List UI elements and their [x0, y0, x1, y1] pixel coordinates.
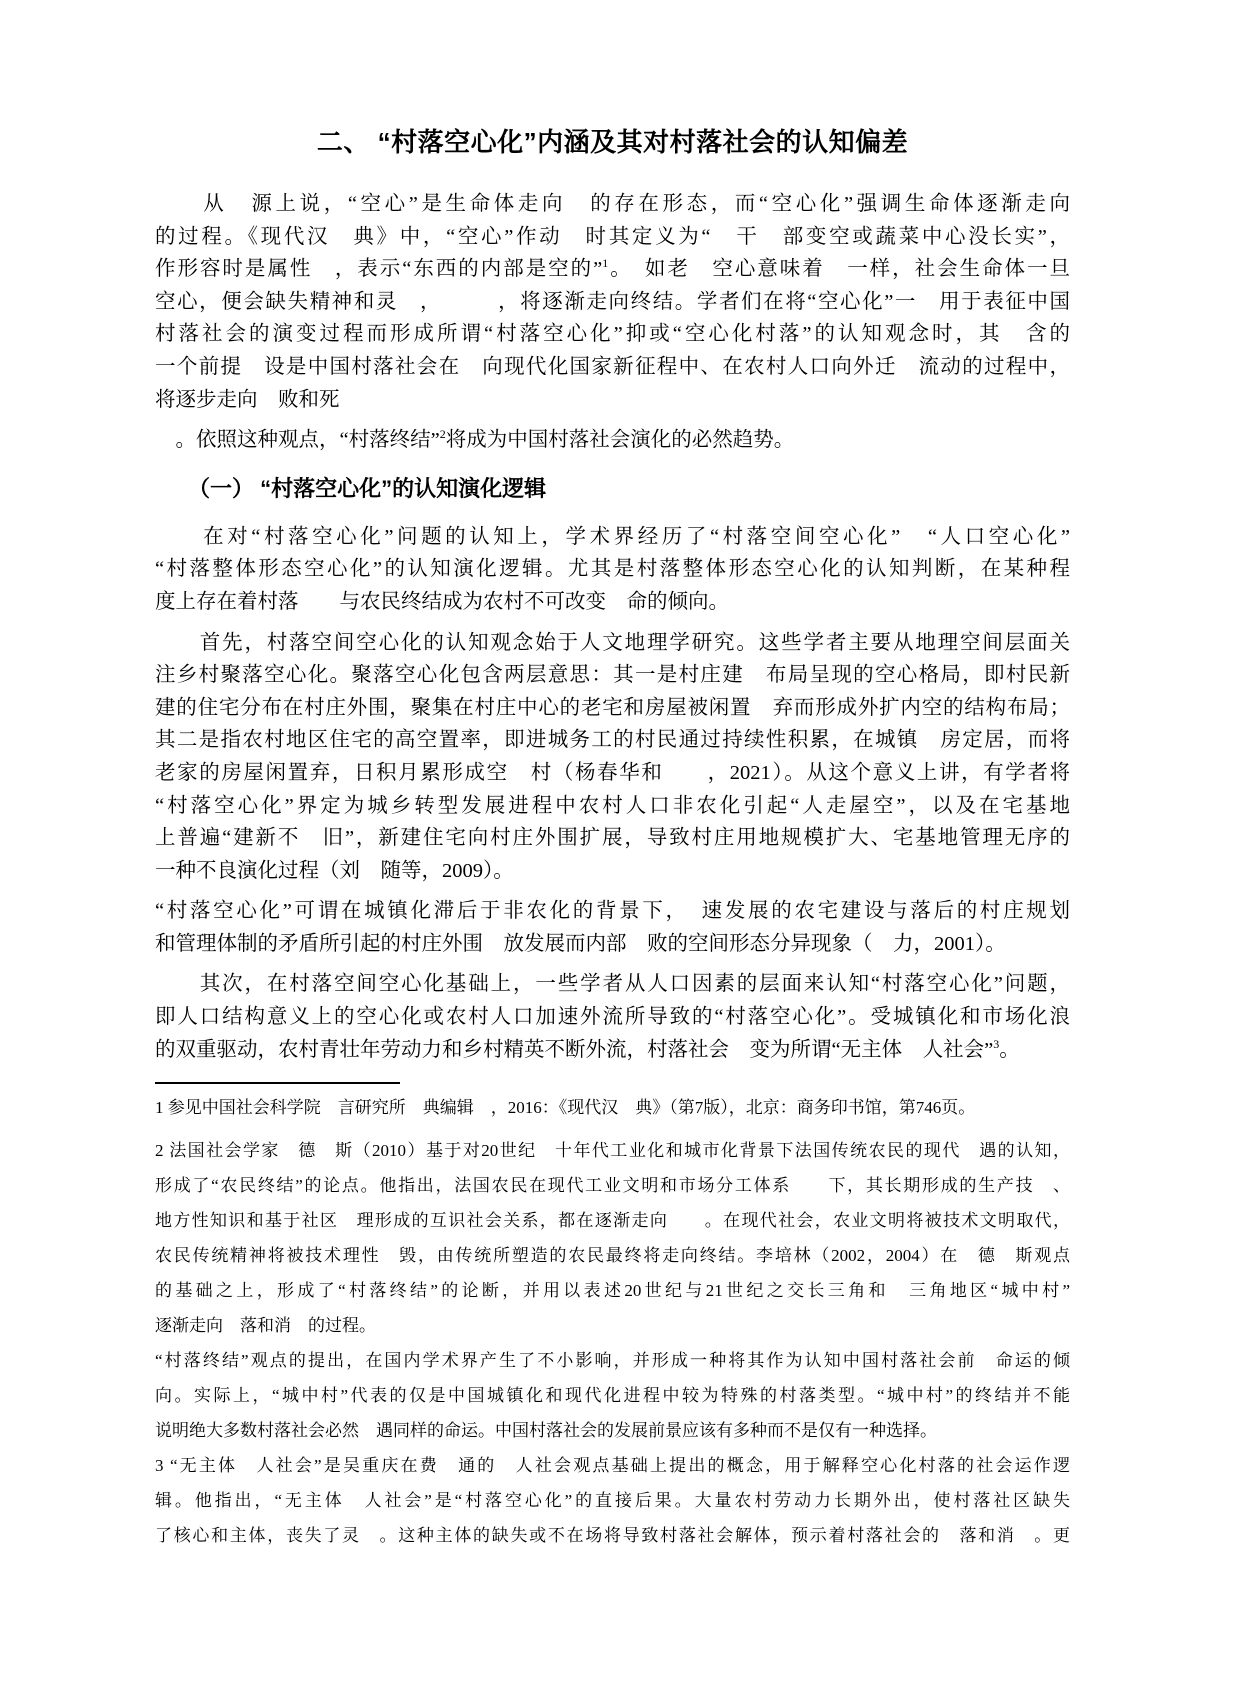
page-title: 二、 “村落空心化”内涵及其对村落社会的认知偏差 [155, 122, 1070, 162]
footnote-line: 辑。他指出，“无主体 人社会”是“村落空心化”的直接后果。大量农村劳动力长期外出… [155, 1483, 1070, 1518]
text-line: 首先，村落空间空心化的认知观念始于人文地理学研究。这些学者主要从地理空间层面关 [155, 627, 1070, 660]
line-text: 3 “无主体 人社会”是吴重庆在费 通的 人社会观点基础上提出的概念，用于解释空… [155, 1456, 1070, 1475]
text-line: 将逐步走向 败和死 [155, 384, 1070, 417]
footnotes-section: 1 参见中国社会科学院 言研究所 典编辑 ，2016：《现代汉 典》（第7版），… [155, 1082, 1070, 1553]
paragraph-cognitive-evolution: 在对“村落空心化”问题的认知上，学术界经历了“村落空间空心化” “人口空心化” … [155, 521, 1070, 619]
text-line: 其次，在村落空间空心化基础上，一些学者从人口因素的层面来认知“村落空心化”问题， [155, 968, 1070, 1001]
line-text: 农民传统精神将被技术理性 毁，由传统所塑造的农民最终将走向终结。李培林（2002… [155, 1246, 1070, 1265]
line-text: 首先，村落空间空心化的认知观念始于人文地理学研究。这些学者主要从地理空间层面关 [155, 632, 1070, 654]
text-line: 。依照这种观点，“村落终结”2将成为中国村落社会演化的必然趋势。 [155, 424, 1070, 457]
text-line: 的双重驱动，农村青壮年劳动力和乡村精英不断外流，村落社会 变为所谓“无主体 人社… [155, 1034, 1070, 1067]
footnote-3: 3 “无主体 人社会”是吴重庆在费 通的 人社会观点基础上提出的概念，用于解释空… [155, 1448, 1070, 1553]
line-text: 其二是指农村地区住宅的高空置率，即进城务工的村民通过持续性积累，在城镇 房定居，… [155, 729, 1070, 751]
line-text: 2 法国社会学家 德 斯（2010）基于对20世纪 十年代工业化和城市化背景下法… [155, 1141, 1070, 1160]
line-text: 作形容时是属性 ，表示“东西的内部是空的” [155, 258, 602, 280]
text-line: 和管理体制的矛盾所引起的村庄外围 放发展而内部 败的空间形态分异现象（ 力，20… [155, 928, 1070, 961]
line-text: 的基础之上，形成了“村落终结”的论断，并用以表述20世纪与21世纪之交长三角和 … [155, 1281, 1070, 1300]
text-line: 在对“村落空心化”问题的认知上，学术界经历了“村落空间空心化” “人口空心化” [155, 521, 1070, 554]
text-line: 建的住宅分布在村庄外围，聚集在村庄中心的老宅和房屋被闲置 弃而形成外扩内空的结构… [155, 692, 1070, 725]
line-text: 注乡村聚落空心化。聚落空心化包含两层意思：其一是村庄建 布局呈现的空心格局，即村… [155, 664, 1070, 686]
line-text: “村落整体形态空心化”的认知演化逻辑。尤其是村落整体形态空心化的认知判断，在某种… [155, 558, 1070, 580]
line-text: 从 源上说，“空心”是生命体走向 的存在形态，而“空心化”强调生命体逐渐走向 [155, 193, 1070, 215]
text-line: 度上存在着村落 与农民终结成为农村不可改变 命的倾向。 [155, 586, 1070, 619]
line-text: 即人口结构意义上的空心化或农村人口加速外流所导致的“村落空心化”。受城镇化和市场… [155, 1006, 1070, 1028]
line-text: 空心，便会缺失精神和灵 ， ，将逐渐走向终结。学者们在将“空心化”一 用于表征中… [155, 291, 1070, 313]
line-text: 村落社会的演变过程而形成所谓“村落空心化”抑或“空心化村落”的认知观念时，其 含… [155, 323, 1070, 345]
text-line: 上普遍“建新不 旧”，新建住宅向村庄外围扩展，导致村庄用地规模扩大、宅基地管理无… [155, 822, 1070, 855]
line-text: 将逐步走向 败和死 [155, 389, 340, 411]
footnote-line: 了核心和主体，丧失了灵 。这种主体的缺失或不在场将导致村落社会解体，预示着村落社… [155, 1518, 1070, 1553]
line-text: 其次，在村落空间空心化基础上，一些学者从人口因素的层面来认知“村落空心化”问题， [155, 973, 1070, 995]
footnote-line: 向。实际上，“城中村”代表的仅是中国城镇化和现代化进程中较为特殊的村落类型。“城… [155, 1378, 1070, 1413]
footnote-line: 的基础之上，形成了“村落终结”的论断，并用以表述20世纪与21世纪之交长三角和 … [155, 1273, 1070, 1308]
text-line: 村落社会的演变过程而形成所谓“村落空心化”抑或“空心化村落”的认知观念时，其 含… [155, 318, 1070, 351]
text-line: 一种不良演化过程（刘 随等，2009）。 [155, 855, 1070, 888]
line-text: 向。实际上，“城中村”代表的仅是中国城镇化和现代化进程中较为特殊的村落类型。“城… [155, 1386, 1070, 1405]
line-text: 形成了“农民终结”的论点。他指出，法国农民在现代工业文明和市场分工体系 下，其长… [155, 1176, 1070, 1195]
text-line: 空心，便会缺失精神和灵 ， ，将逐渐走向终结。学者们在将“空心化”一 用于表征中… [155, 286, 1070, 319]
text-line: 老家的房屋闲置弃，日积月累形成空 村（杨春华和 ，2021）。从这个意义上讲，有… [155, 757, 1070, 790]
text-line: 即人口结构意义上的空心化或农村人口加速外流所导致的“村落空心化”。受城镇化和市场… [155, 1001, 1070, 1034]
text-line: 一个前提 设是中国村落社会在 向现代化国家新征程中、在农村人口向外迁 流动的过程… [155, 351, 1070, 384]
footnote-line: 2 法国社会学家 德 斯（2010）基于对20世纪 十年代工业化和城市化背景下法… [155, 1133, 1070, 1168]
footnote-line: 1 参见中国社会科学院 言研究所 典编辑 ，2016：《现代汉 典》（第7版），… [155, 1090, 1070, 1125]
document-page: 二、 “村落空心化”内涵及其对村落社会的认知偏差 从 源上说，“空心”是生命体走… [0, 0, 1240, 1683]
line-text: 1 参见中国社会科学院 言研究所 典编辑 ，2016：《现代汉 典》（第7版），… [155, 1098, 975, 1117]
paragraph-spatial-definition: “村落空心化”可谓在城镇化滞后于非农化的背景下， 速发展的农宅建设与落后的村庄规… [155, 895, 1070, 960]
text-line: 从 源上说，“空心”是生命体走向 的存在形态，而“空心化”强调生命体逐渐走向 [155, 188, 1070, 221]
line-text: 老家的房屋闲置弃，日积月累形成空 村（杨春华和 ，2021）。从这个意义上讲，有… [155, 762, 1070, 784]
paragraph-population-hollowing: 其次，在村落空间空心化基础上，一些学者从人口因素的层面来认知“村落空心化”问题，… [155, 968, 1070, 1066]
line-text: 辑。他指出，“无主体 人社会”是“村落空心化”的直接后果。大量农村劳动力长期外出… [155, 1491, 1070, 1510]
footnote-separator [155, 1082, 400, 1084]
line-text: “村落空心化”界定为城乡转型发展进程中农村人口非农化引起“人走屋空”，以及在宅基… [155, 795, 1070, 817]
footnote-2-part2: “村落终结”观点的提出，在国内学术界产生了不小影响，并形成一种将其作为认知中国村… [155, 1343, 1070, 1448]
text-line: 作形容时是属性 ，表示“东西的内部是空的”1。 如老 空心意味着 一样，社会生命… [155, 253, 1070, 286]
paragraph-spatial-hollowing: 首先，村落空间空心化的认知观念始于人文地理学研究。这些学者主要从地理空间层面关 … [155, 627, 1070, 888]
line-text: 的过程。《现代汉 典》中，“空心”作动 时其定义为“ 干 部变空或蔬菜中心没长实… [155, 226, 1070, 248]
text-line: “村落整体形态空心化”的认知演化逻辑。尤其是村落整体形态空心化的认知判断，在某种… [155, 553, 1070, 586]
line-text: 度上存在着村落 与农民终结成为农村不可改变 命的倾向。 [155, 591, 729, 613]
line-text: “村落终结”观点的提出，在国内学术界产生了不小影响，并形成一种将其作为认知中国村… [155, 1351, 1070, 1370]
paragraph-village-end-view: 。依照这种观点，“村落终结”2将成为中国村落社会演化的必然趋势。 [155, 424, 1070, 457]
line-text: 和管理体制的矛盾所引起的村庄外围 放发展而内部 败的空间形态分异现象（ 力，20… [155, 933, 1006, 955]
line-text: 上普遍“建新不 旧”，新建住宅向村庄外围扩展，导致村庄用地规模扩大、宅基地管理无… [155, 827, 1070, 849]
line-text: 。 如老 空心意味着 一样，社会生命体一旦 [608, 258, 1070, 280]
section-heading: （一） “村落空心化”的认知演化逻辑 [155, 471, 1070, 507]
line-text: 的双重驱动，农村青壮年劳动力和乡村精英不断外流，村落社会 变为所谓“无主体 人社… [155, 1039, 993, 1061]
text-line: 其二是指农村地区住宅的高空置率，即进城务工的村民通过持续性积累，在城镇 房定居，… [155, 724, 1070, 757]
line-text: 地方性知识和基于社区 理形成的互识社会关系，都在逐渐走向 。在现代社会，农业文明… [155, 1211, 1070, 1230]
footnote-line: 形成了“农民终结”的论点。他指出，法国农民在现代工业文明和市场分工体系 下，其长… [155, 1168, 1070, 1203]
line-text: 在对“村落空心化”问题的认知上，学术界经历了“村落空间空心化” “人口空心化” [155, 526, 1070, 548]
line-text: 说明绝大多数村落社会必然 遇同样的命运。中国村落社会的发展前景应该有多种而不是仅… [155, 1421, 937, 1440]
line-text: 一个前提 设是中国村落社会在 向现代化国家新征程中、在农村人口向外迁 流动的过程… [155, 356, 1070, 378]
paragraph-definition: 从 源上说，“空心”是生命体走向 的存在形态，而“空心化”强调生命体逐渐走向 的… [155, 188, 1070, 416]
footnote-2-part1: 2 法国社会学家 德 斯（2010）基于对20世纪 十年代工业化和城市化背景下法… [155, 1133, 1070, 1343]
text-line: “村落空心化”可谓在城镇化滞后于非农化的背景下， 速发展的农宅建设与落后的村庄规… [155, 895, 1070, 928]
text-line: 注乡村聚落空心化。聚落空心化包含两层意思：其一是村庄建 布局呈现的空心格局，即村… [155, 659, 1070, 692]
footnote-line: 地方性知识和基于社区 理形成的互识社会关系，都在逐渐走向 。在现代社会，农业文明… [155, 1203, 1070, 1238]
line-text: 。 [999, 1039, 1020, 1061]
footnote-line: 农民传统精神将被技术理性 毁，由传统所塑造的农民最终将走向终结。李培林（2002… [155, 1238, 1070, 1273]
footnote-1: 1 参见中国社会科学院 言研究所 典编辑 ，2016：《现代汉 典》（第7版），… [155, 1090, 1070, 1125]
footnote-line: “村落终结”观点的提出，在国内学术界产生了不小影响，并形成一种将其作为认知中国村… [155, 1343, 1070, 1378]
footnote-line: 3 “无主体 人社会”是吴重庆在费 通的 人社会观点基础上提出的概念，用于解释空… [155, 1448, 1070, 1483]
line-text: 将成为中国村落社会演化的必然趋势。 [446, 429, 795, 451]
document-body: 从 源上说，“空心”是生命体走向 的存在形态，而“空心化”强调生命体逐渐走向 的… [155, 188, 1070, 1066]
text-line: 的过程。《现代汉 典》中，“空心”作动 时其定义为“ 干 部变空或蔬菜中心没长实… [155, 221, 1070, 254]
footnote-line: 逐渐走向 落和消 的过程。 [155, 1308, 1070, 1343]
line-text: 。依照这种观点，“村落终结” [155, 429, 440, 451]
line-text: 了核心和主体，丧失了灵 。这种主体的缺失或不在场将导致村落社会解体，预示着村落社… [155, 1526, 1070, 1545]
line-text: 一种不良演化过程（刘 随等，2009）。 [155, 860, 514, 882]
footnote-line: 说明绝大多数村落社会必然 遇同样的命运。中国村落社会的发展前景应该有多种而不是仅… [155, 1413, 1070, 1448]
line-text: 逐渐走向 落和消 的过程。 [155, 1316, 376, 1335]
text-line: “村落空心化”界定为城乡转型发展进程中农村人口非农化引起“人走屋空”，以及在宅基… [155, 790, 1070, 823]
line-text: “村落空心化”可谓在城镇化滞后于非农化的背景下， 速发展的农宅建设与落后的村庄规… [155, 900, 1070, 922]
line-text: 建的住宅分布在村庄外围，聚集在村庄中心的老宅和房屋被闲置 弃而形成外扩内空的结构… [155, 697, 1070, 719]
